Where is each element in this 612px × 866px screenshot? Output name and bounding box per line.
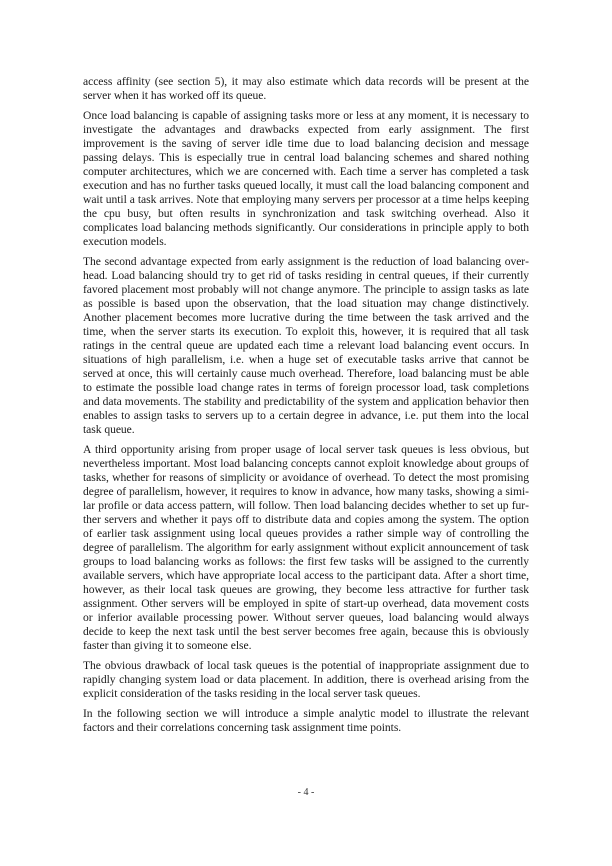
body-text: access affinity (see section 5), it may … (83, 75, 529, 741)
paragraph-overhead-reduction: The second advantage expected from early… (83, 255, 529, 437)
paragraph-drawback: The obvious drawback of local task queue… (83, 659, 529, 701)
paragraph-next-section: In the following section we will introdu… (83, 707, 529, 735)
document-page: access affinity (see section 5), it may … (0, 0, 612, 866)
paragraph-continuation: access affinity (see section 5), it may … (83, 75, 529, 103)
page-number: - 4 - (0, 787, 612, 799)
paragraph-early-assignment-idle-time: Once load balancing is capable of assign… (83, 109, 529, 249)
paragraph-task-groups-parallelism: A third opportunity arising from proper … (83, 443, 529, 653)
